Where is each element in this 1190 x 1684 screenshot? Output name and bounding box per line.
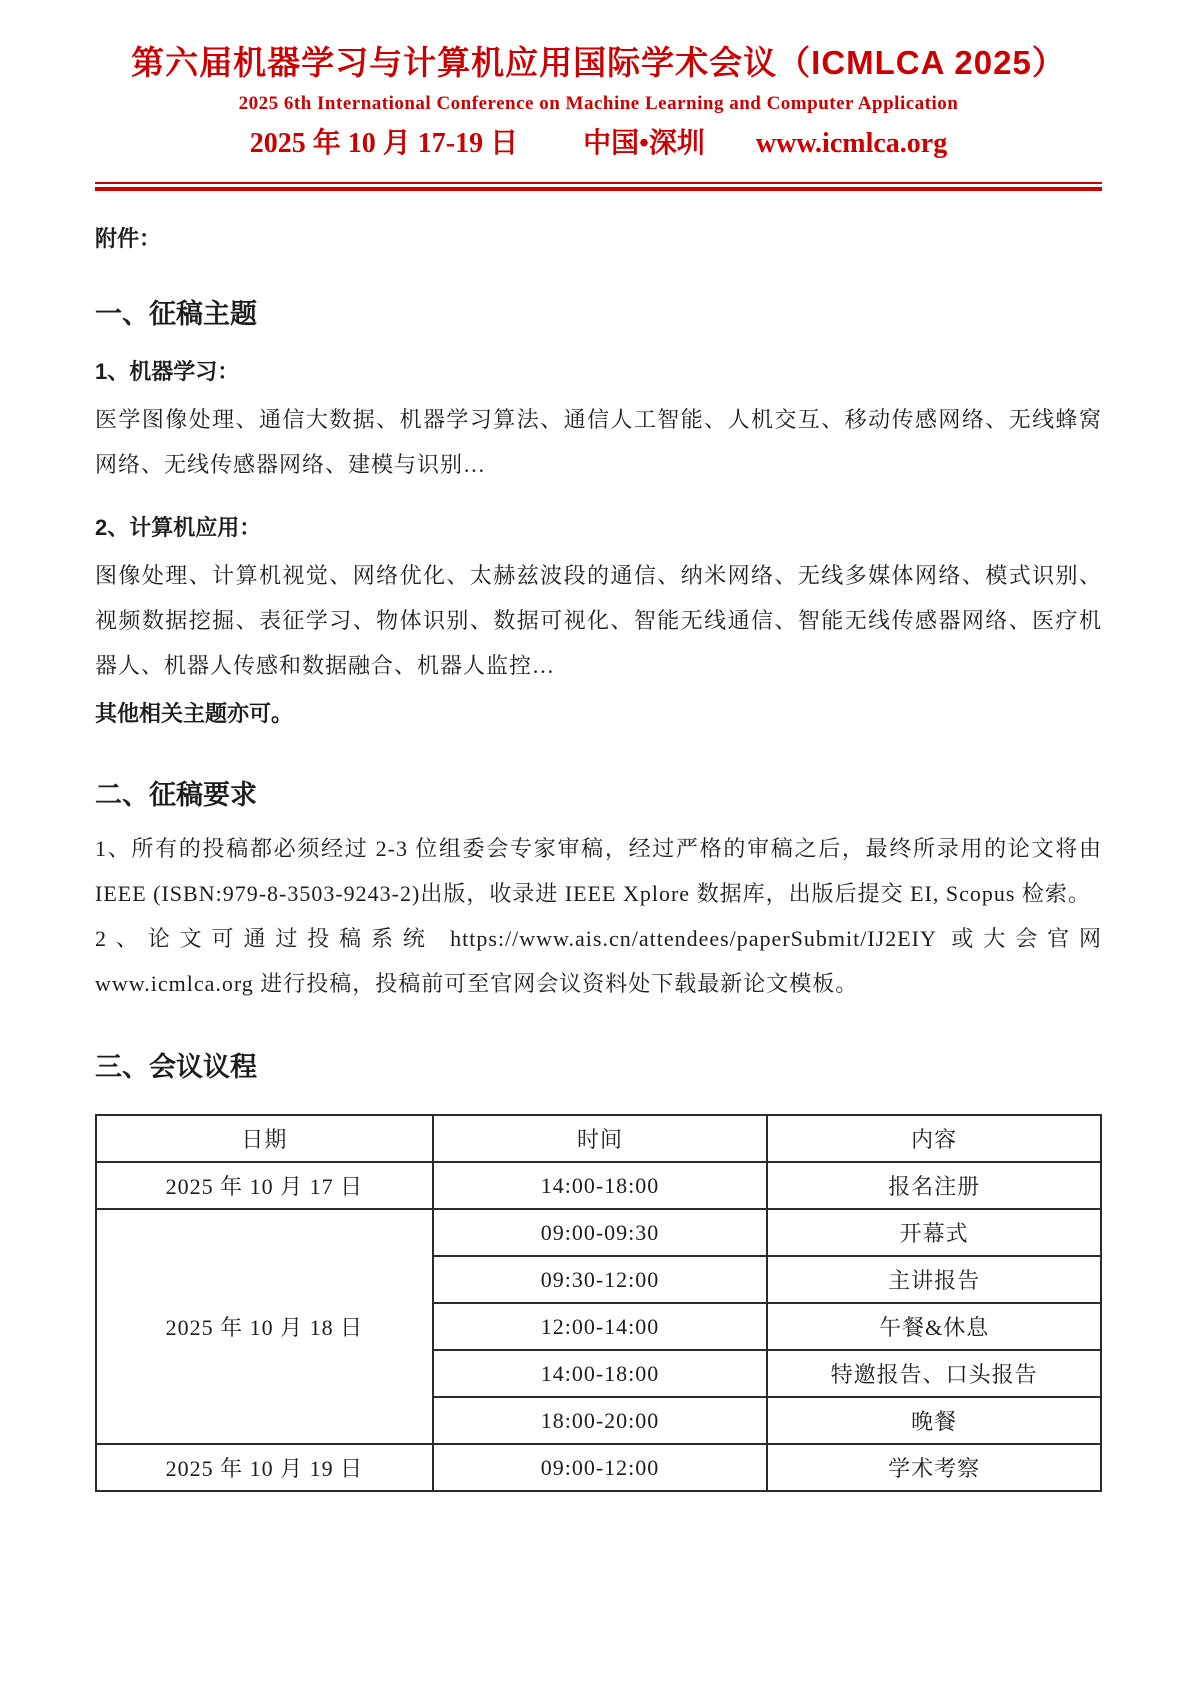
conference-title: 第六届机器学习与计算机应用国际学术会议（ICMLCA 2025） (95, 42, 1102, 84)
agenda-time-cell: 14:00-18:00 (433, 1162, 768, 1209)
agenda-content-cell: 学术考察 (767, 1444, 1101, 1491)
topic2-body: 图像处理、计算机视觉、网络优化、太赫兹波段的通信、纳米网络、无线多媒体网络、模式… (95, 553, 1102, 688)
agenda-time-cell: 12:00-14:00 (433, 1303, 768, 1350)
section2-heading: 二、征稿要求 (95, 778, 1102, 812)
agenda-row: 2025 年 10 月 18 日 09:00-09:30 开幕式 (96, 1209, 1101, 1256)
agenda-time-cell: 09:00-12:00 (433, 1444, 768, 1491)
agenda-col-header-content: 内容 (767, 1115, 1101, 1162)
agenda-row: 2025 年 10 月 17 日 14:00-18:00 报名注册 (96, 1162, 1101, 1209)
topic1-body: 医学图像处理、通信大数据、机器学习算法、通信人工智能、人机交互、移动传感网络、无… (95, 397, 1102, 487)
topic1-title: 1、机器学习： (95, 357, 1102, 387)
conference-dates: 2025 年 10 月 17-19 日 (250, 126, 518, 162)
agenda-content-cell: 开幕式 (767, 1209, 1101, 1256)
submission-requirement-2: 2、论文可通过投稿系统 https://www.ais.cn/attendees… (95, 916, 1102, 1006)
agenda-row: 2025 年 10 月 19 日 09:00-12:00 学术考察 (96, 1444, 1101, 1491)
conference-title-english: 2025 6th International Conference on Mac… (95, 92, 1102, 116)
conference-location: 中国•深圳 (583, 126, 705, 162)
agenda-content-cell: 午餐&休息 (767, 1303, 1101, 1350)
agenda-col-header-time: 时间 (433, 1115, 768, 1162)
agenda-content-cell: 主讲报告 (767, 1256, 1101, 1303)
agenda-date-cell: 2025 年 10 月 19 日 (96, 1444, 433, 1491)
agenda-content-cell: 晚餐 (767, 1397, 1101, 1444)
agenda-header-row: 日期 时间 内容 (96, 1115, 1101, 1162)
submission-requirement-1: 1、所有的投稿都必须经过 2-3 位组委会专家审稿，经过严格的审稿之后，最终所录… (95, 826, 1102, 916)
section1-heading: 一、征稿主题 (95, 297, 1102, 331)
topic2-title: 2、计算机应用： (95, 513, 1102, 543)
agenda-date-cell: 2025 年 10 月 18 日 (96, 1209, 433, 1444)
agenda-time-cell: 09:00-09:30 (433, 1209, 768, 1256)
agenda-time-cell: 18:00-20:00 (433, 1397, 768, 1444)
agenda-content-cell: 特邀报告、口头报告 (767, 1350, 1101, 1397)
conference-website: www.icmlca.org (756, 126, 947, 162)
other-topics-note: 其他相关主题亦可。 (95, 694, 1102, 734)
agenda-time-cell: 14:00-18:00 (433, 1350, 768, 1397)
document-page: 第六届机器学习与计算机应用国际学术会议（ICMLCA 2025） 2025 6t… (0, 0, 1190, 1684)
header-divider-rule (95, 182, 1102, 191)
conference-dateline: 2025 年 10 月 17-19 日 中国•深圳 www.icmlca.org (95, 126, 1102, 162)
agenda-time-cell: 09:30-12:00 (433, 1256, 768, 1303)
agenda-table: 日期 时间 内容 2025 年 10 月 17 日 14:00-18:00 报名… (95, 1114, 1102, 1492)
agenda-col-header-date: 日期 (96, 1115, 433, 1162)
document-header: 第六届机器学习与计算机应用国际学术会议（ICMLCA 2025） 2025 6t… (95, 42, 1102, 191)
section3-heading: 三、会议议程 (95, 1050, 1102, 1084)
attachment-label: 附件： (95, 225, 1102, 253)
agenda-table-container: 日期 时间 内容 2025 年 10 月 17 日 14:00-18:00 报名… (95, 1114, 1102, 1492)
agenda-content-cell: 报名注册 (767, 1162, 1101, 1209)
agenda-date-cell: 2025 年 10 月 17 日 (96, 1162, 433, 1209)
